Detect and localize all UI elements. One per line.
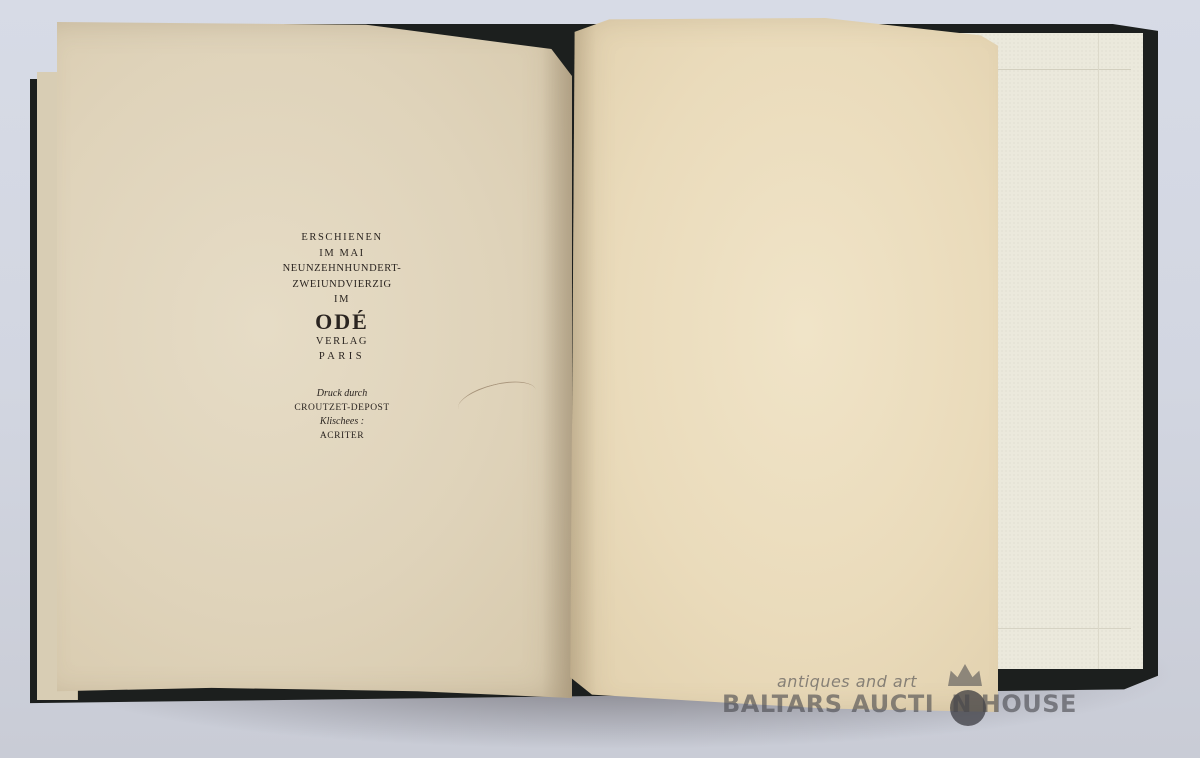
colophon-line: IM [262,292,422,308]
colophon-line: NEUNZEHNHUNDERT- [262,261,422,277]
colophon-line: PARIS [262,349,422,365]
gutter-shadow [542,22,572,698]
endpaper-fold-line [1098,33,1099,669]
colophon-text-block: ERSCHIENEN IM MAI NEUNZEHNHUNDERT- ZWEIU… [262,230,422,443]
printer-name: CROUTZET-DEPOST [262,401,422,415]
colophon-line: IM MAI [262,246,422,262]
colophon-line: ERSCHIENEN [262,230,422,246]
print-label: Druck durch [262,387,422,401]
cliche-maker: ACRITER [262,429,422,443]
colophon-line: VERLAG [262,334,422,350]
cliche-label: Klischees : [262,415,422,429]
paper-scratch [454,375,539,424]
publisher-name: ODÉ [262,310,422,334]
colophon-line: ZWEIUNDVIERZIG [262,277,422,293]
right-page-blank [566,18,998,712]
